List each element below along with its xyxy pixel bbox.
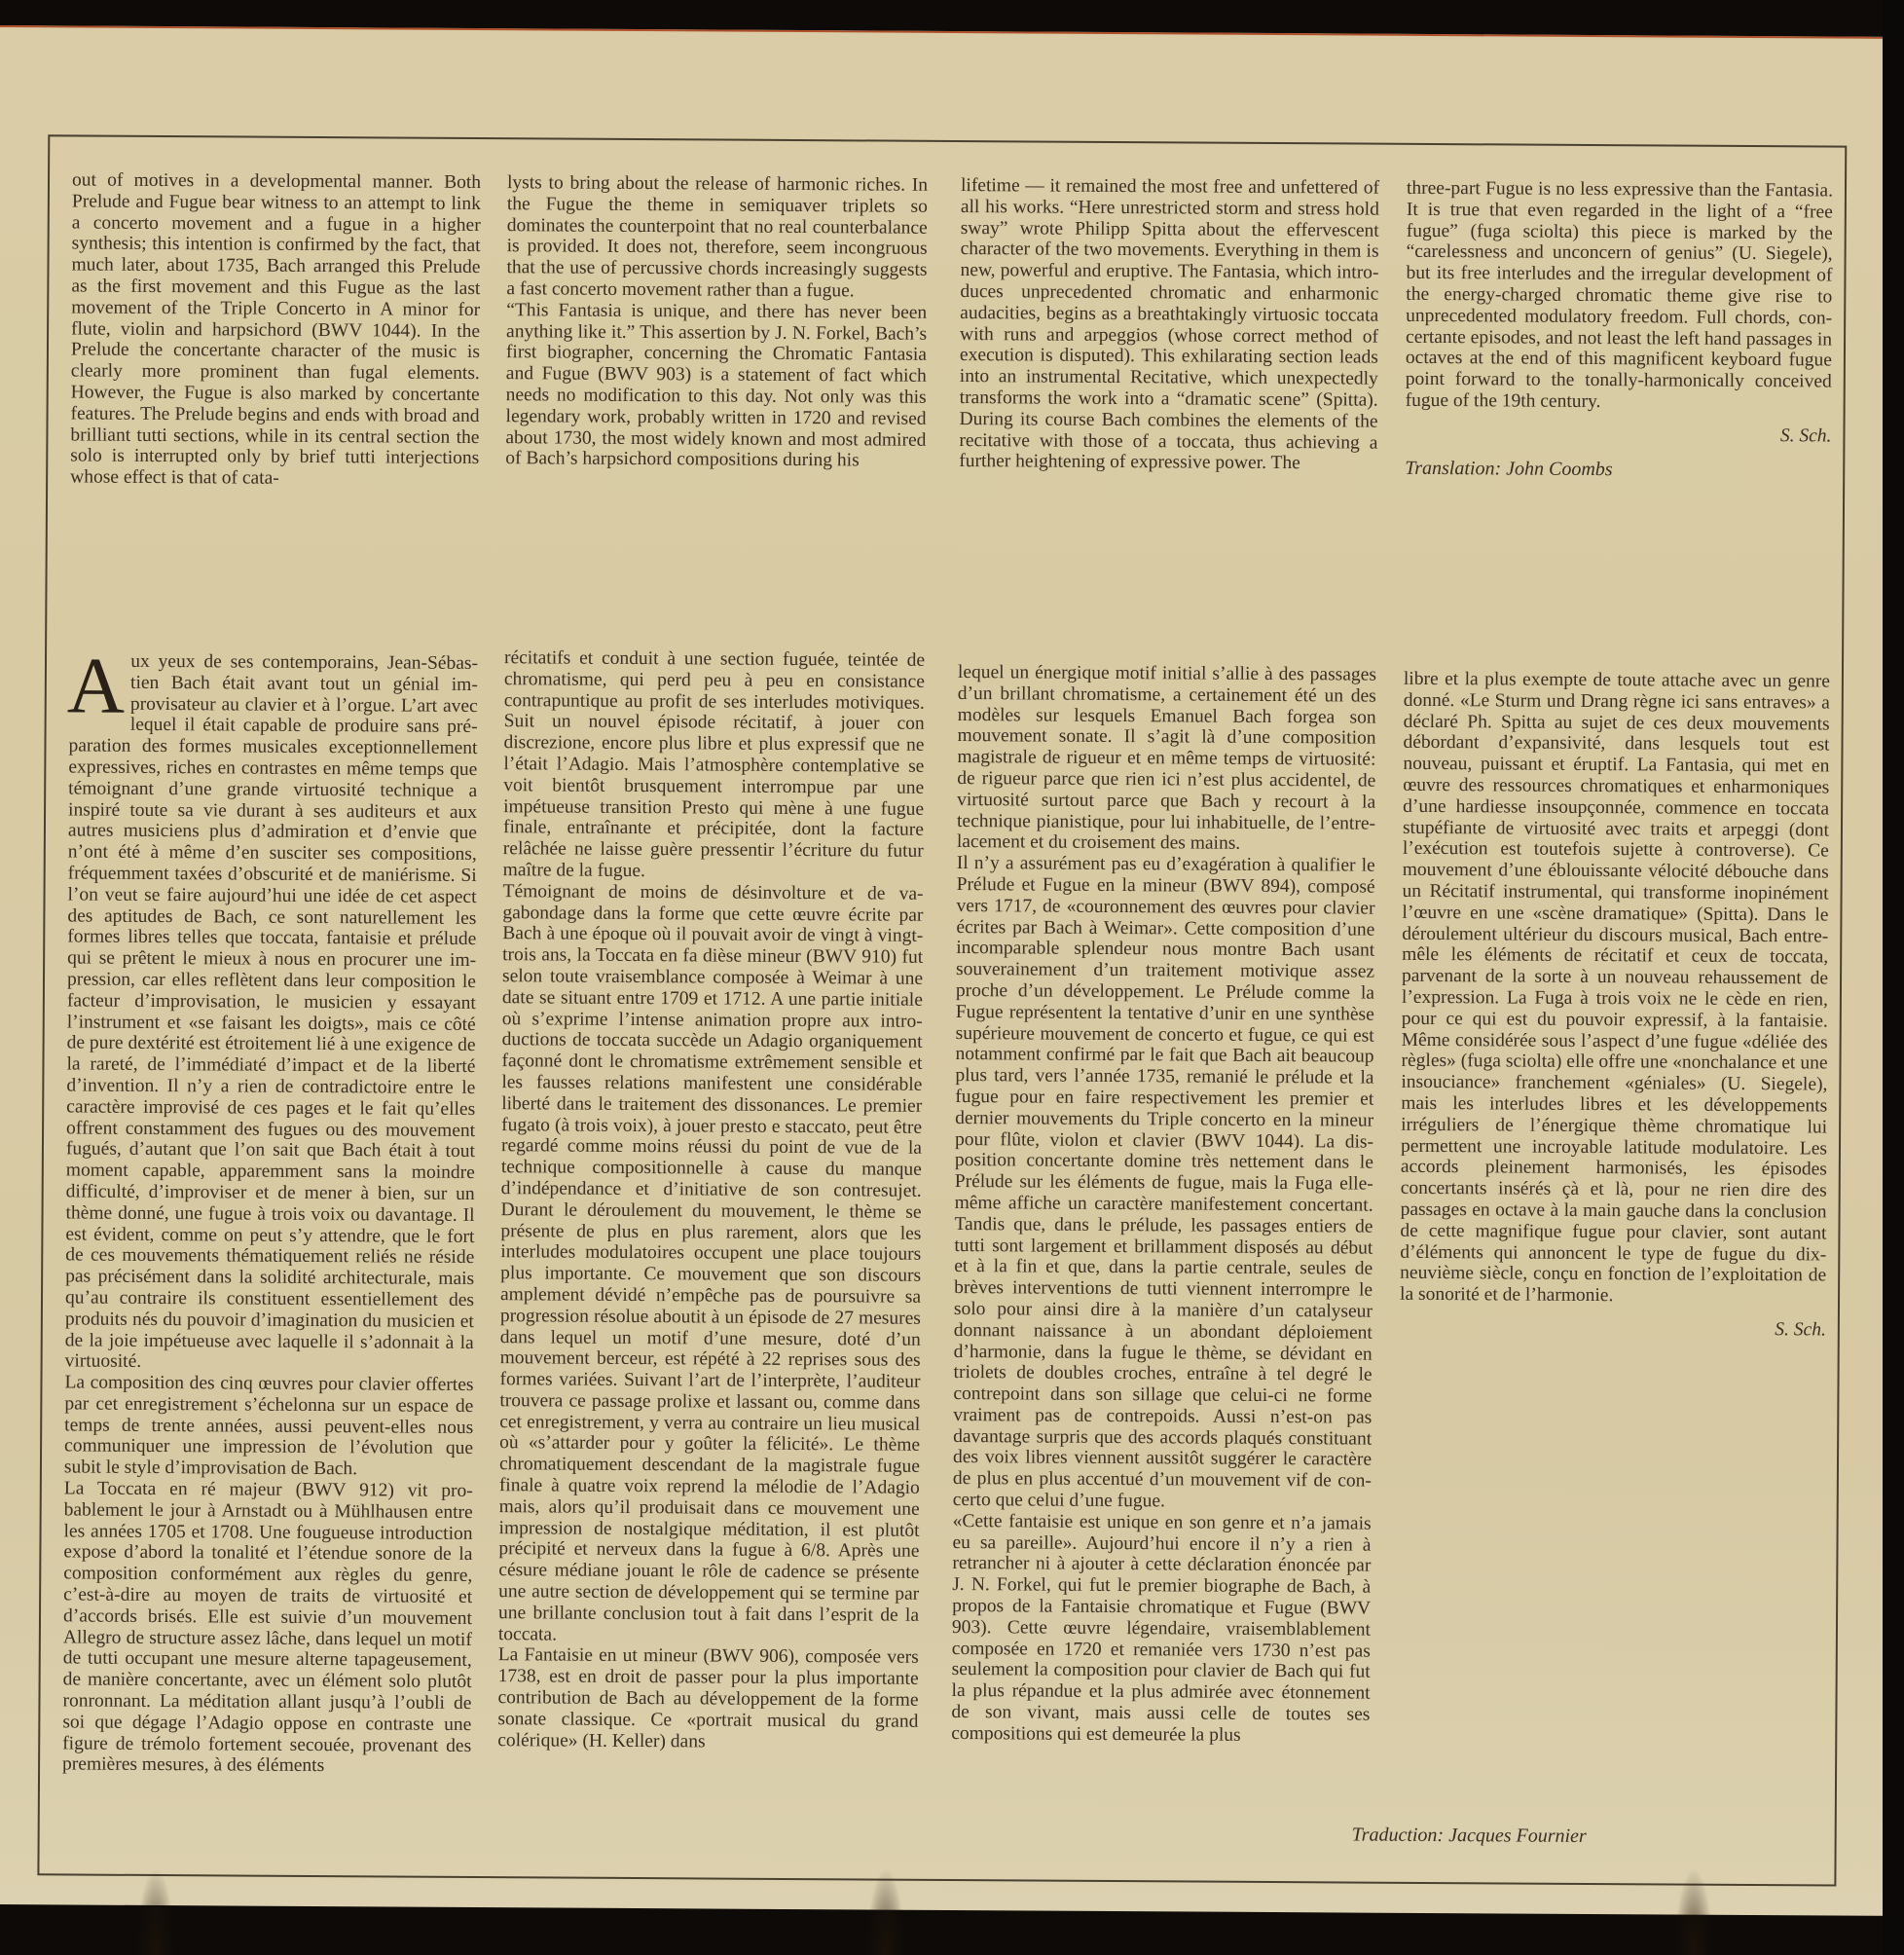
paragraph: libre et la plus exempte de toute attach… — [1400, 669, 1830, 1309]
paragraph: La composition des cinq œuvres pour clav… — [64, 1373, 474, 1482]
paragraph: récitatifs et conduit à une section fugu… — [503, 647, 925, 883]
paragraph: lysts to bring about the release of harm… — [506, 172, 928, 302]
paragraph: “This Fantasia is unique, and there has … — [505, 300, 927, 472]
paragraph: La Toccata en ré majeur (BWV 912) vit pr… — [62, 1479, 473, 1779]
paragraph: lifetime — it remained the most free and… — [959, 175, 1379, 475]
english-column-3: lifetime — it remained the most free and… — [959, 175, 1379, 475]
french-column-3: lequel un énergique motif initial s’alli… — [951, 662, 1376, 1747]
liner-notes-page: out of motives in a developmental manner… — [0, 25, 1904, 1916]
clip-shadow — [136, 1867, 175, 1955]
french-column-1: Aux yeux de ses contemporains, Jean-Séba… — [62, 650, 478, 1778]
translation-credit: Traduction: Jacques Fournier — [1352, 1826, 1664, 1849]
french-column-2: récitatifs et conduit à une section fugu… — [497, 647, 925, 1753]
paragraph: out of motives in a developmental manner… — [70, 169, 481, 491]
english-column-2: lysts to bring about the release of harm… — [505, 172, 928, 472]
paragraph: Aux yeux de ses contemporains, Jean-Séba… — [65, 650, 479, 1375]
paragraph: Témoignant de moins de désinvolture et d… — [498, 881, 924, 1647]
translation-credit: Translation: John Coombs — [1405, 458, 1831, 481]
drop-cap: A — [67, 654, 126, 717]
english-notes: out of motives in a developmental manner… — [0, 25, 1904, 37]
paragraph: La Fantaisie en ut mineur (BWV 906), com… — [497, 1645, 919, 1754]
paragraph: «Cette fantaisie est unique en son genre… — [951, 1511, 1371, 1747]
french-column-4: libre et la plus exempte de toute attach… — [1400, 669, 1830, 1341]
paragraph: Il n’y a assurément pas eu d’exagération… — [953, 853, 1375, 1513]
author-signature: S. Sch. — [1400, 1317, 1826, 1341]
paragraph: three-part Fugue is no less expressive t… — [1406, 178, 1833, 414]
author-signature: S. Sch. — [1405, 424, 1831, 447]
clip-shadow — [866, 1867, 905, 1955]
background-edge — [1883, 0, 1904, 1955]
paragraph: lequel un énergique motif initial s’alli… — [957, 662, 1376, 856]
english-column-1: out of motives in a developmental manner… — [70, 169, 481, 491]
english-column-4: three-part Fugue is no less expressive t… — [1405, 178, 1833, 482]
paragraph-text: ux yeux de ses contemporains, Jean-Sébas… — [65, 651, 479, 1372]
clip-shadow — [1674, 1867, 1713, 1955]
french-notes: Aux yeux de ses contemporains, Jean-Séba… — [0, 25, 1904, 37]
